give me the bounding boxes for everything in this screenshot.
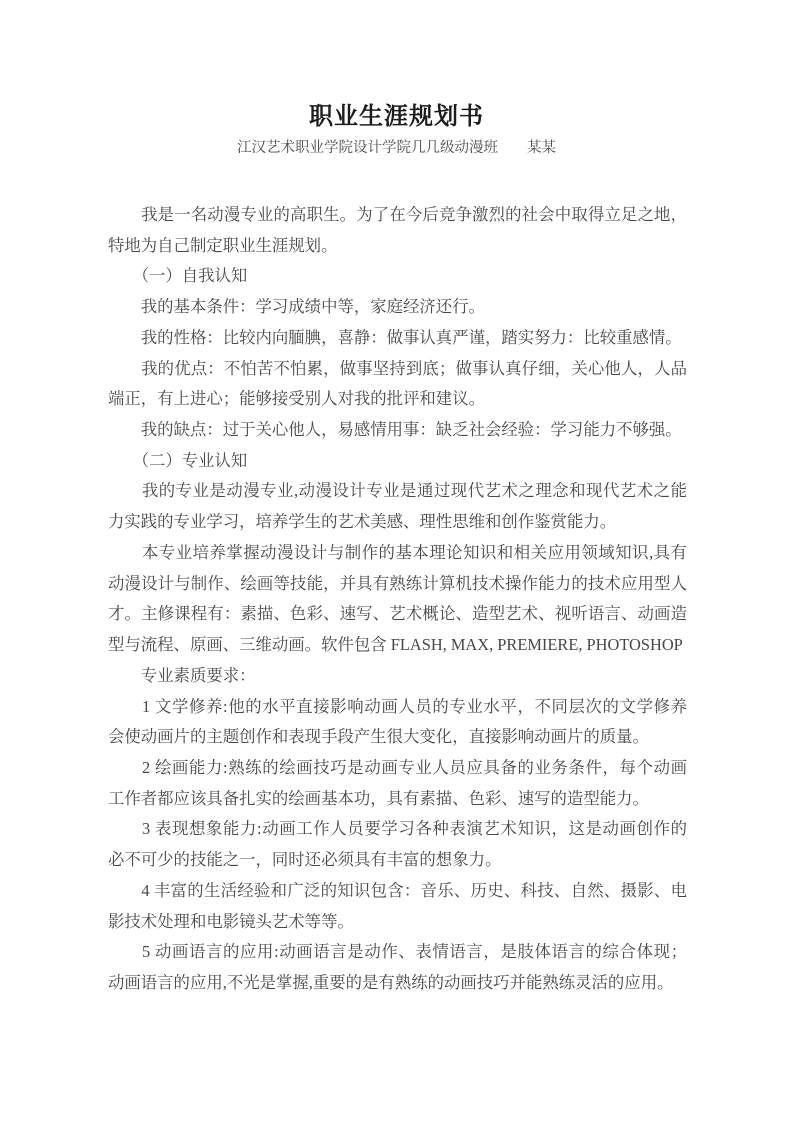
paragraph-line: 型与流程、原画、三维动画。软件包含 FLASH, MAX, PREMIERE, …	[108, 630, 687, 661]
paragraph-line: 必不可少的技能之一，同时还必须具有丰富的想象力。	[108, 845, 687, 876]
paragraph-line: 我的基本条件：学习成绩中等，家庭经济还行。	[108, 292, 687, 323]
paragraph-line: 才。主修课程有：素描、色彩、速写、艺术概论、造型艺术、视听语言、动画造	[108, 599, 687, 630]
paragraph-line: 专业素质要求：	[108, 661, 687, 692]
paragraph-line: （一）自我认知	[108, 261, 687, 292]
document-byline: 江汉艺术职业学院设计学院几几级动漫班 某某	[0, 138, 793, 158]
paragraph-line: 本专业培养掌握动漫设计与制作的基本理论知识和相关应用领域知识,具有	[108, 538, 687, 569]
paragraph-line: 动漫设计与制作、绘画等技能，并具有熟练计算机技术操作能力的技术应用型人	[108, 569, 687, 600]
paragraph-line: 我的专业是动漫专业,动漫设计专业是通过现代艺术之理念和现代艺术之能	[108, 476, 687, 507]
paragraph-line: 影技术处理和电影镜头艺术等等。	[108, 907, 687, 938]
paragraph-line: 4 丰富的生活经验和广泛的知识包含：音乐、历史、科技、自然、摄影、电	[108, 876, 687, 907]
paragraph-line: 端正，有上进心；能够接受别人对我的批评和建议。	[108, 384, 687, 415]
document-title: 职业生涯规划书	[0, 102, 793, 132]
paragraph-line: 特地为自己制定职业生涯规划。	[108, 231, 687, 262]
paragraph-line: 1 文学修养:他的水平直接影响动画人员的专业水平，不同层次的文学修养	[108, 692, 687, 723]
paragraph-line: 会使动画片的主题创作和表现手段产生很大变化，直接影响动画片的质量。	[108, 722, 687, 753]
paragraph-line: 3 表现想象能力:动画工作人员要学习各种表演艺术知识，这是动画创作的	[108, 814, 687, 845]
document-body: 我是一名动漫专业的高职生。为了在今后竞争激烈的社会中取得立足之地，特地为自己制定…	[108, 200, 687, 999]
paragraph-line: 2 绘画能力:熟练的绘画技巧是动画专业人员应具备的业务条件，每个动画	[108, 753, 687, 784]
paragraph-line: 工作者都应该具备扎实的绘画基本功，具有素描、色彩、速写的造型能力。	[108, 784, 687, 815]
paragraph-line: 我是一名动漫专业的高职生。为了在今后竞争激烈的社会中取得立足之地，	[108, 200, 687, 231]
paragraph-line: （二）专业认知	[108, 446, 687, 477]
paragraph-line: 5 动画语言的应用:动画语言是动作、表情语言，是肢体语言的综合体现；	[108, 937, 687, 968]
paragraph-line: 我的缺点：过于关心他人，易感情用事：缺乏社会经验：学习能力不够强。	[108, 415, 687, 446]
paragraph-line: 我的性格：比较内向腼腆，喜静：做事认真严谨，踏实努力：比较重感情。	[108, 323, 687, 354]
paragraph-line: 力实践的专业学习，培养学生的艺术美感、理性思维和创作鉴赏能力。	[108, 507, 687, 538]
paragraph-line: 动画语言的应用,不光是掌握,重要的是有熟练的动画技巧并能熟练灵活的应用。	[108, 968, 687, 999]
paragraph-line: 我的优点：不怕苦不怕累，做事坚持到底；做事认真仔细，关心他人，人品	[108, 354, 687, 385]
document-page: 职业生涯规划书 江汉艺术职业学院设计学院几几级动漫班 某某 我是一名动漫专业的高…	[0, 0, 793, 1122]
